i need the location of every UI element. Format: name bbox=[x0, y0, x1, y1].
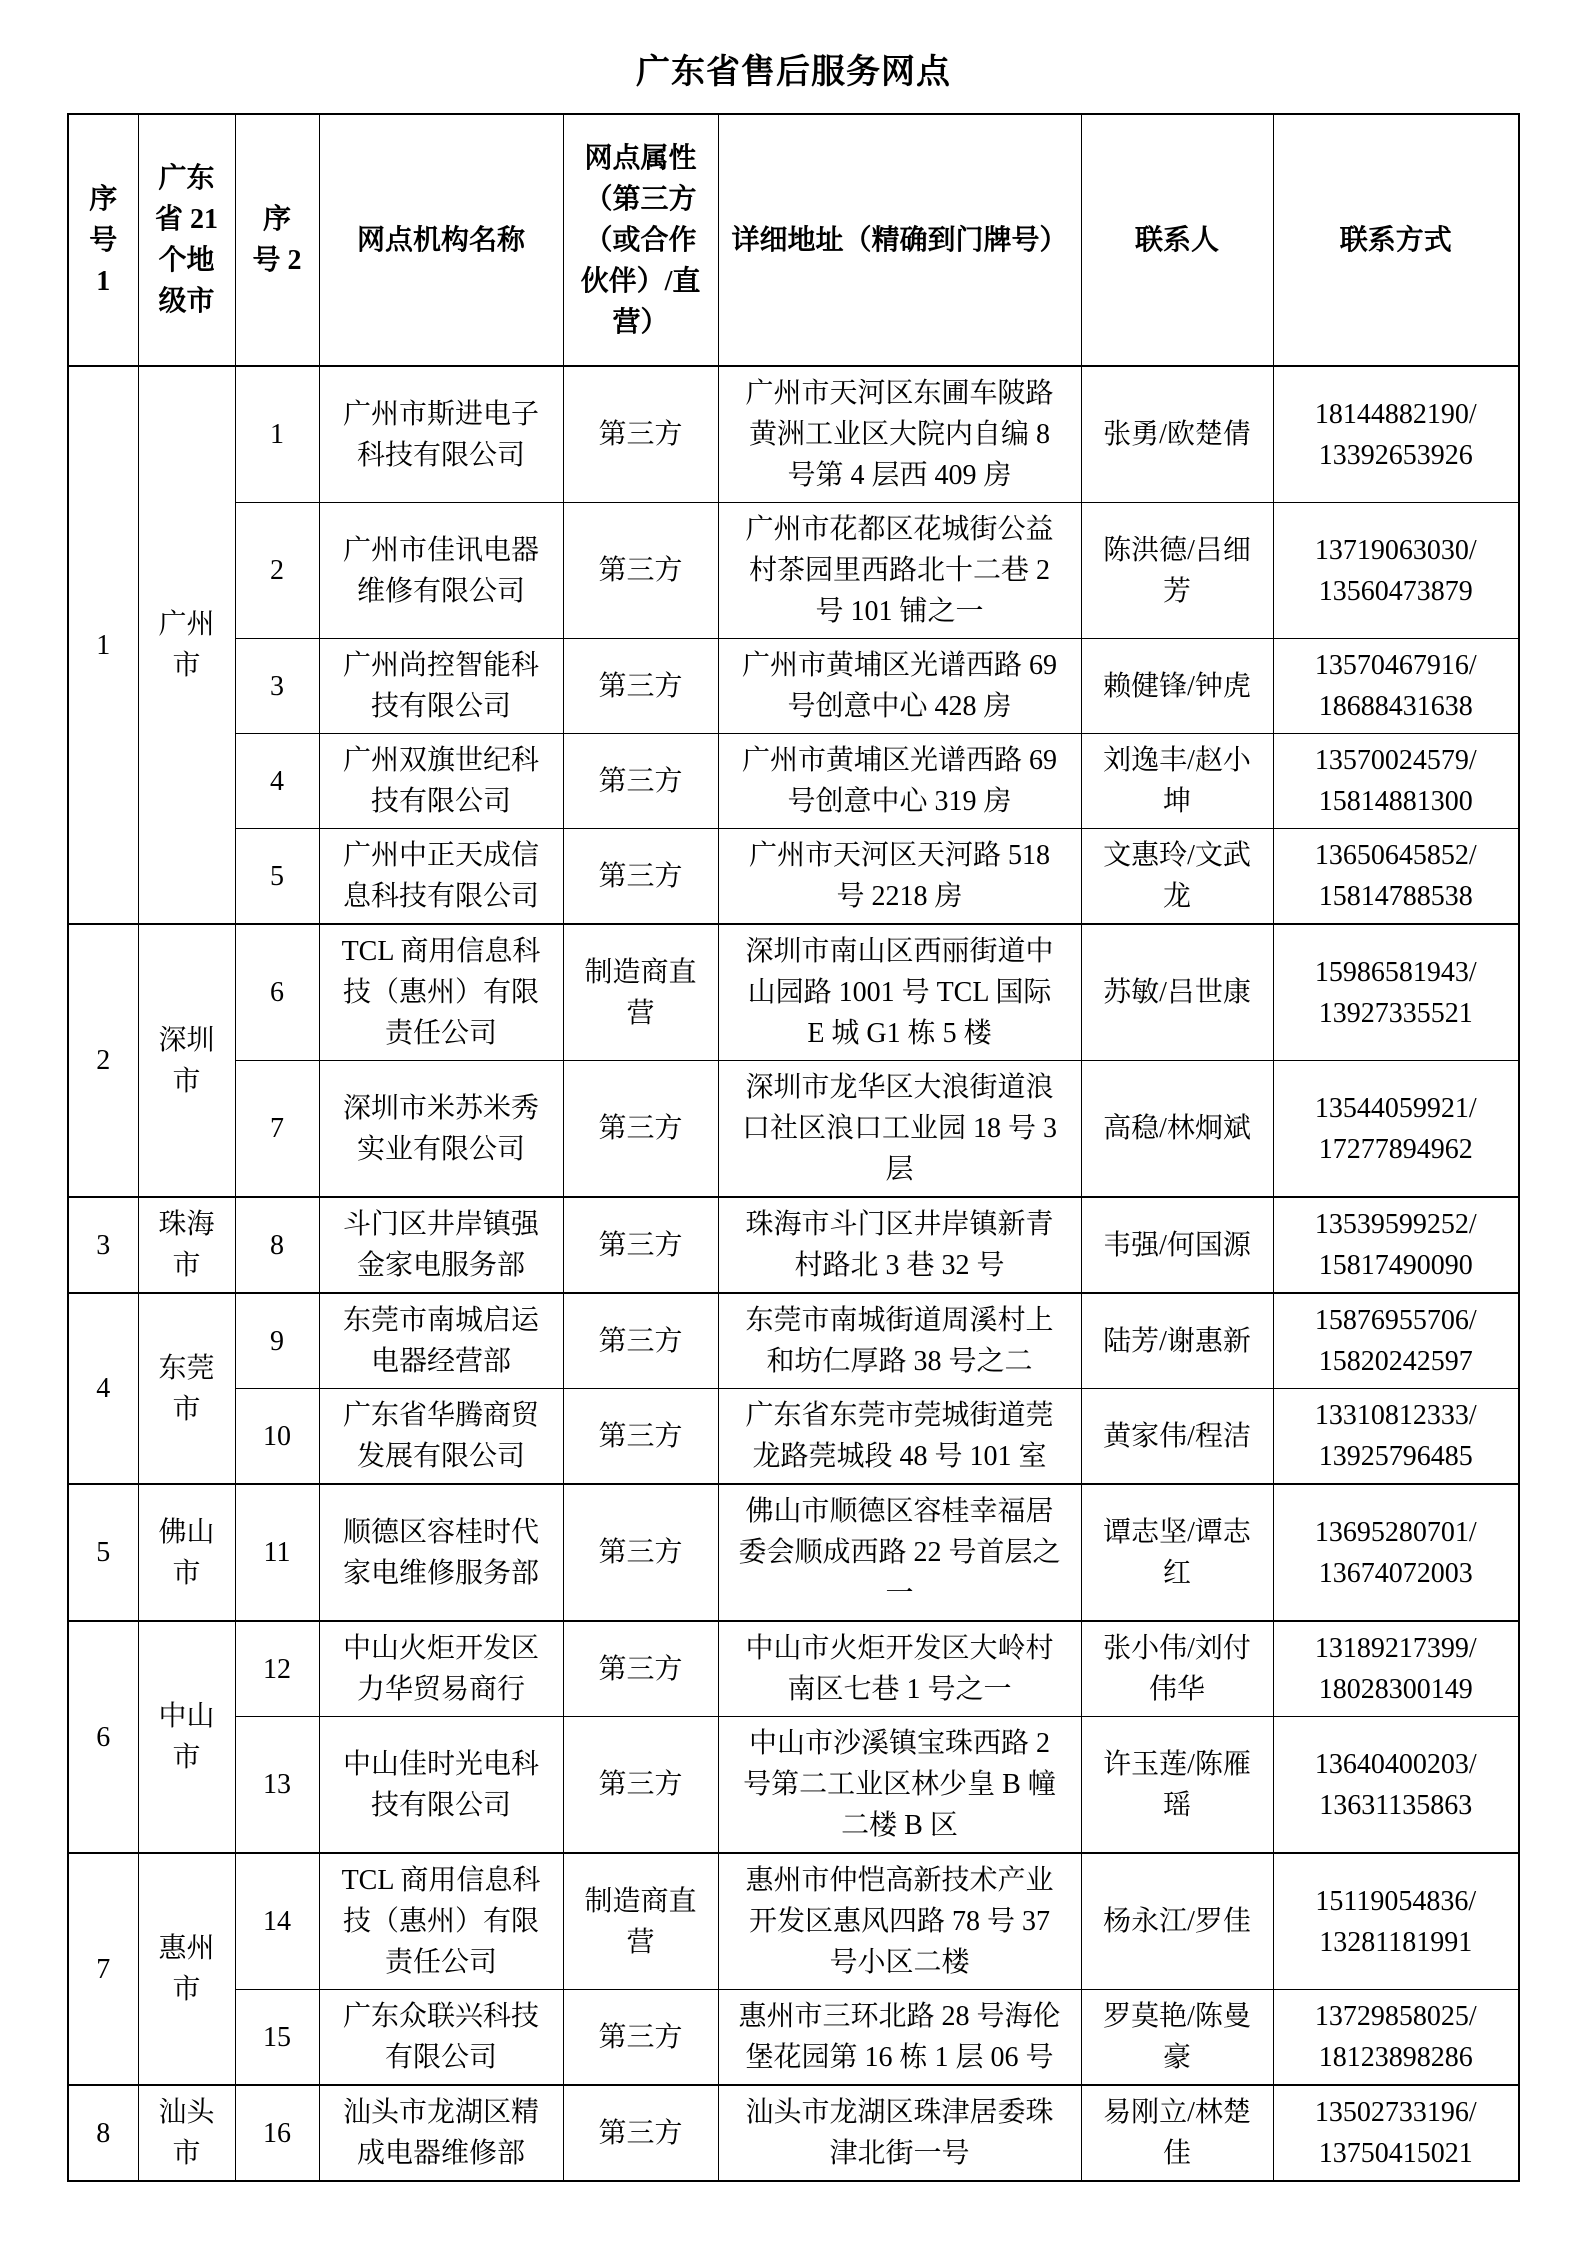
cell-row-no: 11 bbox=[235, 1484, 319, 1621]
cell-contact: 刘逸丰/赵小坤 bbox=[1081, 734, 1273, 829]
cell-phone: 13310812333/ 13925796485 bbox=[1273, 1389, 1519, 1485]
cell-contact: 易刚立/林楚佳 bbox=[1081, 2085, 1273, 2181]
cell-group-no: 4 bbox=[68, 1293, 138, 1484]
table-row: 1广州市1广州市斯进电子科技有限公司第三方广州市天河区东圃车陂路黄洲工业区大院内… bbox=[68, 366, 1519, 503]
table-row: 5广州中正天成信息科技有限公司第三方广州市天河区天河路 518 号 2218 房… bbox=[68, 829, 1519, 925]
cell-phone: 13570024579/ 15814881300 bbox=[1273, 734, 1519, 829]
cell-phone: 13640400203/ 13631135863 bbox=[1273, 1717, 1519, 1854]
cell-phone: 13650645852/ 15814788538 bbox=[1273, 829, 1519, 925]
table-row: 13中山佳时光电科技有限公司第三方中山市沙溪镇宝珠西路 2 号第二工业区林少皇 … bbox=[68, 1717, 1519, 1854]
header-row: 序号 1 广东省 21 个地级市 序号 2 网点机构名称 网点属性（第三方（或合… bbox=[68, 114, 1519, 366]
cell-contact: 赖健锋/钟虎 bbox=[1081, 639, 1273, 734]
cell-contact: 高稳/林炯斌 bbox=[1081, 1061, 1273, 1198]
cell-org-name: 广州市佳讯电器维修有限公司 bbox=[319, 503, 563, 639]
cell-group-no: 5 bbox=[68, 1484, 138, 1621]
cell-phone: 15119054836/ 13281181991 bbox=[1273, 1853, 1519, 1990]
cell-address: 惠州市仲恺高新技术产业开发区惠风四路 78 号 37 号小区二楼 bbox=[718, 1853, 1081, 1990]
table-row: 2深圳市6TCL 商用信息科技（惠州）有限责任公司制造商直营深圳市南山区西丽街道… bbox=[68, 924, 1519, 1061]
cell-phone: 13719063030/ 13560473879 bbox=[1273, 503, 1519, 639]
cell-city: 东莞市 bbox=[138, 1293, 235, 1484]
cell-contact: 谭志坚/谭志红 bbox=[1081, 1484, 1273, 1621]
cell-row-no: 8 bbox=[235, 1197, 319, 1293]
page: { "page": { "title": "广东省售后服务网点" }, "tab… bbox=[0, 0, 1587, 2245]
cell-address: 中山市沙溪镇宝珠西路 2 号第二工业区林少皇 B 幢二楼 B 区 bbox=[718, 1717, 1081, 1854]
cell-address: 惠州市三环北路 28 号海伦堡花园第 16 栋 1 层 06 号 bbox=[718, 1990, 1081, 2086]
cell-address: 佛山市顺德区容桂幸福居委会顺成西路 22 号首层之一 bbox=[718, 1484, 1081, 1621]
cell-org-name: 汕头市龙湖区精成电器维修部 bbox=[319, 2085, 563, 2181]
cell-row-no: 5 bbox=[235, 829, 319, 925]
header-seq1: 序号 1 bbox=[68, 114, 138, 366]
cell-attribute: 第三方 bbox=[563, 503, 718, 639]
cell-row-no: 16 bbox=[235, 2085, 319, 2181]
cell-address: 珠海市斗门区井岸镇新青村路北 3 巷 32 号 bbox=[718, 1197, 1081, 1293]
cell-contact: 韦强/何国源 bbox=[1081, 1197, 1273, 1293]
cell-attribute: 第三方 bbox=[563, 1484, 718, 1621]
cell-group-no: 8 bbox=[68, 2085, 138, 2181]
cell-contact: 黄家伟/程洁 bbox=[1081, 1389, 1273, 1485]
table-row: 8汕头市16汕头市龙湖区精成电器维修部第三方汕头市龙湖区珠津居委珠津北街一号易刚… bbox=[68, 2085, 1519, 2181]
cell-attribute: 制造商直营 bbox=[563, 924, 718, 1061]
cell-row-no: 4 bbox=[235, 734, 319, 829]
cell-attribute: 第三方 bbox=[563, 639, 718, 734]
cell-group-no: 3 bbox=[68, 1197, 138, 1293]
cell-city: 广州市 bbox=[138, 366, 235, 924]
table-row: 5佛山市11顺德区容桂时代家电维修服务部第三方佛山市顺德区容桂幸福居委会顺成西路… bbox=[68, 1484, 1519, 1621]
cell-address: 深圳市龙华区大浪街道浪口社区浪口工业园 18 号 3 层 bbox=[718, 1061, 1081, 1198]
cell-attribute: 第三方 bbox=[563, 1293, 718, 1389]
cell-phone: 15876955706/ 15820242597 bbox=[1273, 1293, 1519, 1389]
cell-city: 佛山市 bbox=[138, 1484, 235, 1621]
cell-phone: 13189217399/ 18028300149 bbox=[1273, 1621, 1519, 1717]
table-row: 7深圳市米苏米秀实业有限公司第三方深圳市龙华区大浪街道浪口社区浪口工业园 18 … bbox=[68, 1061, 1519, 1198]
cell-attribute: 第三方 bbox=[563, 2085, 718, 2181]
cell-org-name: 东莞市南城启运电器经营部 bbox=[319, 1293, 563, 1389]
cell-phone: 13729858025/ 18123898286 bbox=[1273, 1990, 1519, 2086]
cell-attribute: 第三方 bbox=[563, 1061, 718, 1198]
cell-row-no: 14 bbox=[235, 1853, 319, 1990]
table-row: 3广州尚控智能科技有限公司第三方广州市黄埔区光谱西路 69 号创意中心 428 … bbox=[68, 639, 1519, 734]
table-body: 1广州市1广州市斯进电子科技有限公司第三方广州市天河区东圃车陂路黄洲工业区大院内… bbox=[68, 366, 1519, 2181]
table-row: 2广州市佳讯电器维修有限公司第三方广州市花都区花城街公益村茶园里西路北十二巷 2… bbox=[68, 503, 1519, 639]
table-row: 10广东省华腾商贸发展有限公司第三方广东省东莞市莞城街道莞龙路莞城段 48 号 … bbox=[68, 1389, 1519, 1485]
service-network-table: 序号 1 广东省 21 个地级市 序号 2 网点机构名称 网点属性（第三方（或合… bbox=[67, 113, 1520, 2182]
cell-row-no: 1 bbox=[235, 366, 319, 503]
cell-city: 珠海市 bbox=[138, 1197, 235, 1293]
cell-contact: 杨永江/罗佳 bbox=[1081, 1853, 1273, 1990]
cell-address: 广州市天河区天河路 518 号 2218 房 bbox=[718, 829, 1081, 925]
cell-org-name: 广东省华腾商贸发展有限公司 bbox=[319, 1389, 563, 1485]
cell-city: 汕头市 bbox=[138, 2085, 235, 2181]
cell-address: 广州市黄埔区光谱西路 69 号创意中心 319 房 bbox=[718, 734, 1081, 829]
page-title: 广东省售后服务网点 bbox=[0, 0, 1587, 93]
cell-phone: 15986581943/ 13927335521 bbox=[1273, 924, 1519, 1061]
cell-org-name: 顺德区容桂时代家电维修服务部 bbox=[319, 1484, 563, 1621]
header-attribute: 网点属性（第三方（或合作伙伴）/直营） bbox=[563, 114, 718, 366]
cell-phone: 13502733196/ 13750415021 bbox=[1273, 2085, 1519, 2181]
table-row: 15广东众联兴科技有限公司第三方惠州市三环北路 28 号海伦堡花园第 16 栋 … bbox=[68, 1990, 1519, 2086]
cell-address: 汕头市龙湖区珠津居委珠津北街一号 bbox=[718, 2085, 1081, 2181]
cell-address: 广州市黄埔区光谱西路 69 号创意中心 428 房 bbox=[718, 639, 1081, 734]
cell-group-no: 1 bbox=[68, 366, 138, 924]
cell-attribute: 第三方 bbox=[563, 1990, 718, 2086]
cell-group-no: 2 bbox=[68, 924, 138, 1197]
cell-row-no: 9 bbox=[235, 1293, 319, 1389]
table-row: 6中山市12中山火炬开发区力华贸易商行第三方中山市火炬开发区大岭村南区七巷 1 … bbox=[68, 1621, 1519, 1717]
cell-attribute: 第三方 bbox=[563, 734, 718, 829]
cell-contact: 陈洪德/吕细芳 bbox=[1081, 503, 1273, 639]
cell-group-no: 6 bbox=[68, 1621, 138, 1853]
cell-attribute: 第三方 bbox=[563, 1197, 718, 1293]
table-row: 3珠海市8斗门区井岸镇强金家电服务部第三方珠海市斗门区井岸镇新青村路北 3 巷 … bbox=[68, 1197, 1519, 1293]
cell-city: 深圳市 bbox=[138, 924, 235, 1197]
cell-row-no: 2 bbox=[235, 503, 319, 639]
cell-org-name: 广东众联兴科技有限公司 bbox=[319, 1990, 563, 2086]
cell-row-no: 3 bbox=[235, 639, 319, 734]
cell-org-name: 广州双旗世纪科技有限公司 bbox=[319, 734, 563, 829]
cell-phone: 18144882190/ 13392653926 bbox=[1273, 366, 1519, 503]
cell-contact: 苏敏/吕世康 bbox=[1081, 924, 1273, 1061]
cell-city: 惠州市 bbox=[138, 1853, 235, 2085]
cell-attribute: 第三方 bbox=[563, 1389, 718, 1485]
cell-attribute: 制造商直营 bbox=[563, 1853, 718, 1990]
cell-attribute: 第三方 bbox=[563, 1621, 718, 1717]
cell-org-name: 中山佳时光电科技有限公司 bbox=[319, 1717, 563, 1854]
cell-address: 深圳市南山区西丽街道中山园路 1001 号 TCL 国际 E 城 G1 栋 5 … bbox=[718, 924, 1081, 1061]
cell-org-name: 深圳市米苏米秀实业有限公司 bbox=[319, 1061, 563, 1198]
header-city: 广东省 21 个地级市 bbox=[138, 114, 235, 366]
header-seq2: 序号 2 bbox=[235, 114, 319, 366]
header-org-name: 网点机构名称 bbox=[319, 114, 563, 366]
cell-address: 广州市天河区东圃车陂路黄洲工业区大院内自编 8 号第 4 层西 409 房 bbox=[718, 366, 1081, 503]
cell-org-name: 广州尚控智能科技有限公司 bbox=[319, 639, 563, 734]
cell-contact: 陆芳/谢惠新 bbox=[1081, 1293, 1273, 1389]
cell-contact: 许玉莲/陈雁瑶 bbox=[1081, 1717, 1273, 1854]
cell-org-name: 广州中正天成信息科技有限公司 bbox=[319, 829, 563, 925]
cell-attribute: 第三方 bbox=[563, 829, 718, 925]
cell-address: 广州市花都区花城街公益村茶园里西路北十二巷 2 号 101 铺之一 bbox=[718, 503, 1081, 639]
cell-org-name: 斗门区井岸镇强金家电服务部 bbox=[319, 1197, 563, 1293]
cell-contact: 罗莫艳/陈曼豪 bbox=[1081, 1990, 1273, 2086]
cell-row-no: 10 bbox=[235, 1389, 319, 1485]
cell-row-no: 12 bbox=[235, 1621, 319, 1717]
cell-contact: 文惠玲/文武龙 bbox=[1081, 829, 1273, 925]
cell-address: 东莞市南城街道周溪村上和坊仁厚路 38 号之二 bbox=[718, 1293, 1081, 1389]
cell-contact: 张勇/欧楚倩 bbox=[1081, 366, 1273, 503]
cell-address: 广东省东莞市莞城街道莞龙路莞城段 48 号 101 室 bbox=[718, 1389, 1081, 1485]
cell-org-name: 广州市斯进电子科技有限公司 bbox=[319, 366, 563, 503]
table-row: 4东莞市9东莞市南城启运电器经营部第三方东莞市南城街道周溪村上和坊仁厚路 38 … bbox=[68, 1293, 1519, 1389]
cell-attribute: 第三方 bbox=[563, 366, 718, 503]
cell-group-no: 7 bbox=[68, 1853, 138, 2085]
table-row: 4广州双旗世纪科技有限公司第三方广州市黄埔区光谱西路 69 号创意中心 319 … bbox=[68, 734, 1519, 829]
cell-row-no: 13 bbox=[235, 1717, 319, 1854]
cell-phone: 13544059921/ 17277894962 bbox=[1273, 1061, 1519, 1198]
cell-row-no: 15 bbox=[235, 1990, 319, 2086]
cell-org-name: TCL 商用信息科技（惠州）有限责任公司 bbox=[319, 924, 563, 1061]
cell-contact: 张小伟/刘付伟华 bbox=[1081, 1621, 1273, 1717]
cell-org-name: 中山火炬开发区力华贸易商行 bbox=[319, 1621, 563, 1717]
cell-attribute: 第三方 bbox=[563, 1717, 718, 1854]
header-phone: 联系方式 bbox=[1273, 114, 1519, 366]
cell-address: 中山市火炬开发区大岭村南区七巷 1 号之一 bbox=[718, 1621, 1081, 1717]
header-contact: 联系人 bbox=[1081, 114, 1273, 366]
cell-org-name: TCL 商用信息科技（惠州）有限责任公司 bbox=[319, 1853, 563, 1990]
cell-phone: 13539599252/ 15817490090 bbox=[1273, 1197, 1519, 1293]
cell-phone: 13695280701/ 13674072003 bbox=[1273, 1484, 1519, 1621]
cell-city: 中山市 bbox=[138, 1621, 235, 1853]
cell-phone: 13570467916/ 18688431638 bbox=[1273, 639, 1519, 734]
table-row: 7惠州市14TCL 商用信息科技（惠州）有限责任公司制造商直营惠州市仲恺高新技术… bbox=[68, 1853, 1519, 1990]
cell-row-no: 6 bbox=[235, 924, 319, 1061]
cell-row-no: 7 bbox=[235, 1061, 319, 1198]
header-address: 详细地址（精确到门牌号） bbox=[718, 114, 1081, 366]
